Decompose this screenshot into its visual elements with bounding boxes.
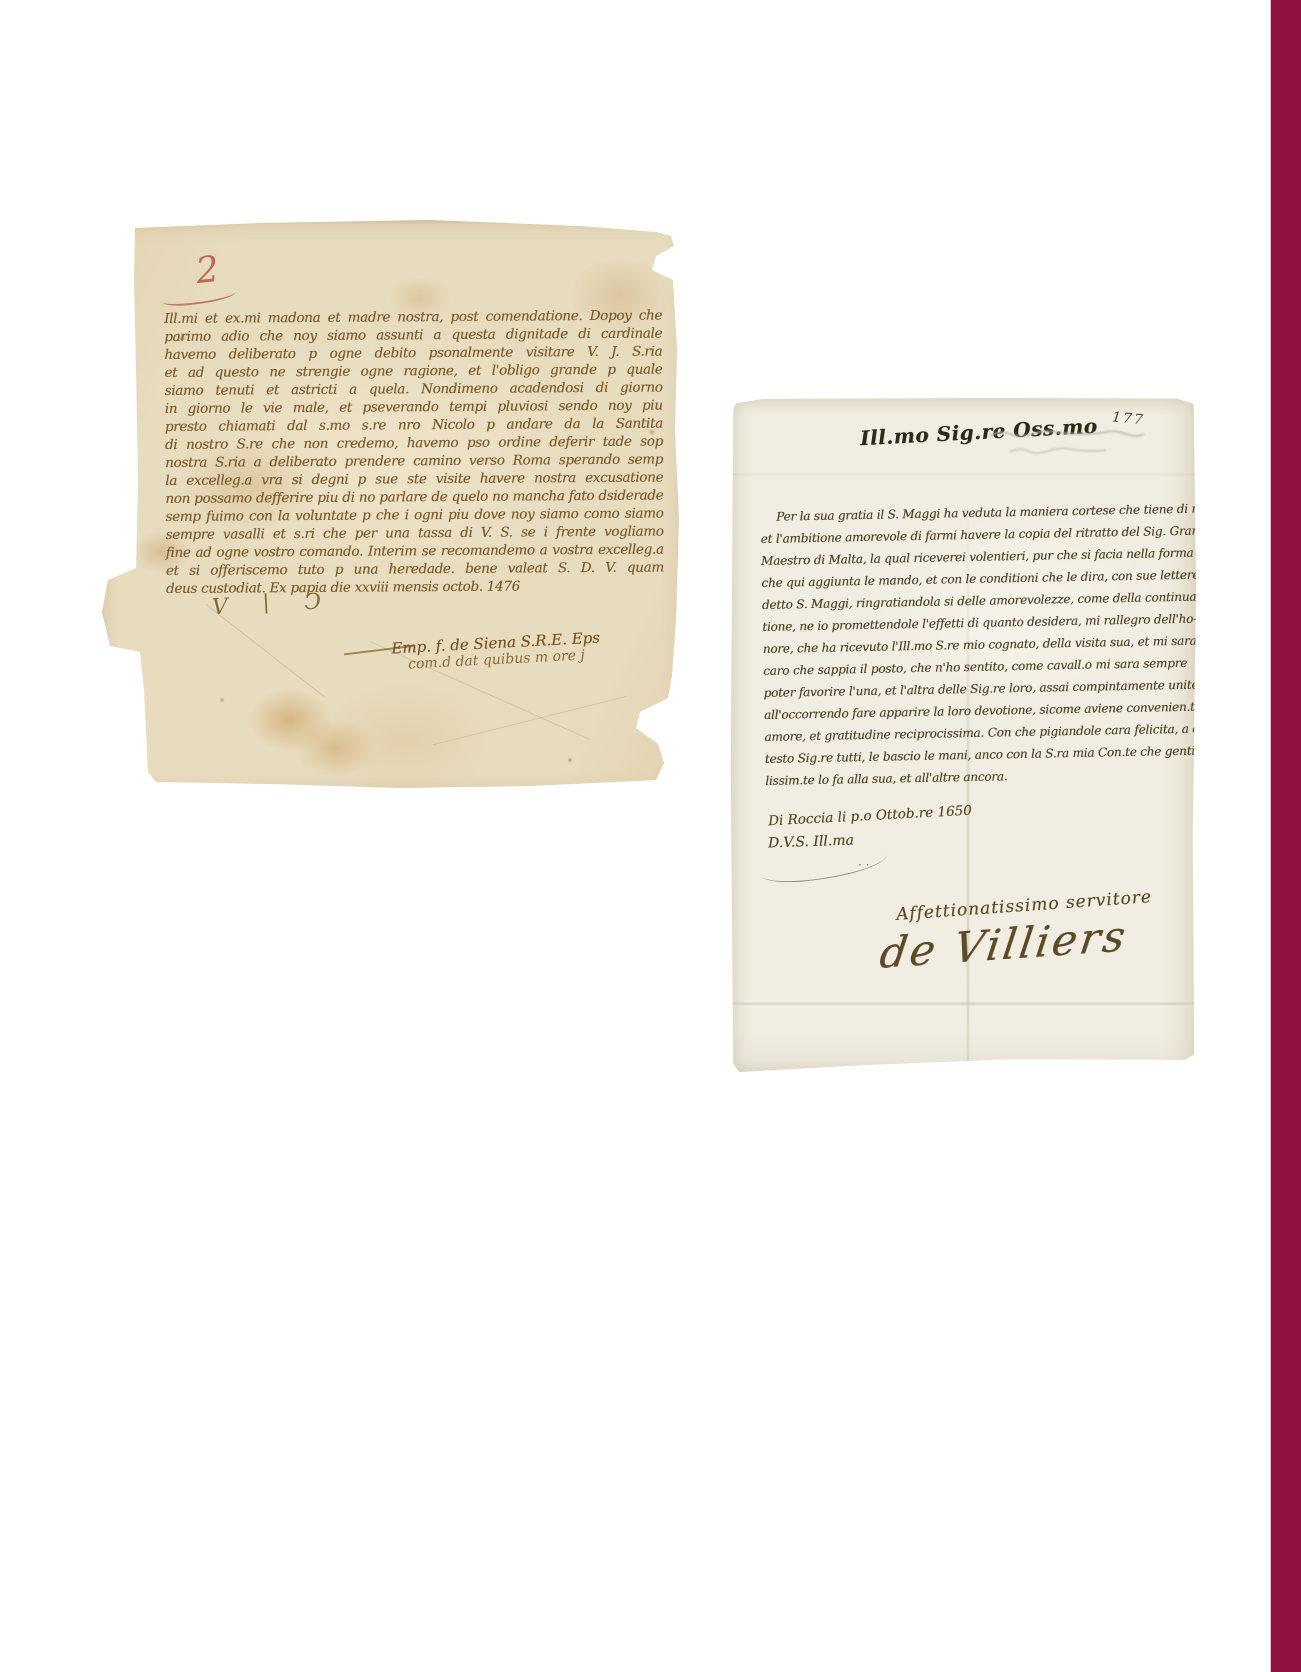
postscript-marks: V ∣ Ↄ [211, 589, 335, 620]
archival-number-underline [161, 286, 236, 309]
letter-body-right: Per la sua gratia il S. Maggi ha veduta … [760, 498, 1189, 792]
signature-block-left: Emp. f. de Siena S.R.E. Eps com.d dat qu… [389, 628, 602, 673]
faint-pencil-annotation [986, 424, 1148, 468]
letter-dateline: Di Roccia li p.o Ottob.re 1650 [768, 803, 972, 830]
fold-crease-horizontal [730, 1003, 1196, 1005]
letter-body-left: Ill.mi et ex.mi madona et madre nostra, … [164, 307, 664, 598]
archival-number: 2 [194, 249, 221, 292]
fold-crease-horizontal [730, 474, 1196, 475]
paper-crease [433, 696, 627, 745]
manuscript-letter-left: 2 Ill.mi et ex.mi madona et madre nostra… [100, 220, 685, 795]
pencil-scribble-icon [986, 424, 1148, 464]
page-accent-bar [1270, 0, 1301, 1672]
manuscript-line: et si offeriscemo tuto p una heredade. b… [166, 559, 664, 580]
ink-dots: · · [858, 858, 869, 872]
catalog-page: 2 Ill.mi et ex.mi madona et madre nostra… [0, 0, 1301, 1672]
manuscript-letter-right: Ill.mo Sig.re Oss.mo 177 Per la sua grat… [730, 398, 1196, 1072]
